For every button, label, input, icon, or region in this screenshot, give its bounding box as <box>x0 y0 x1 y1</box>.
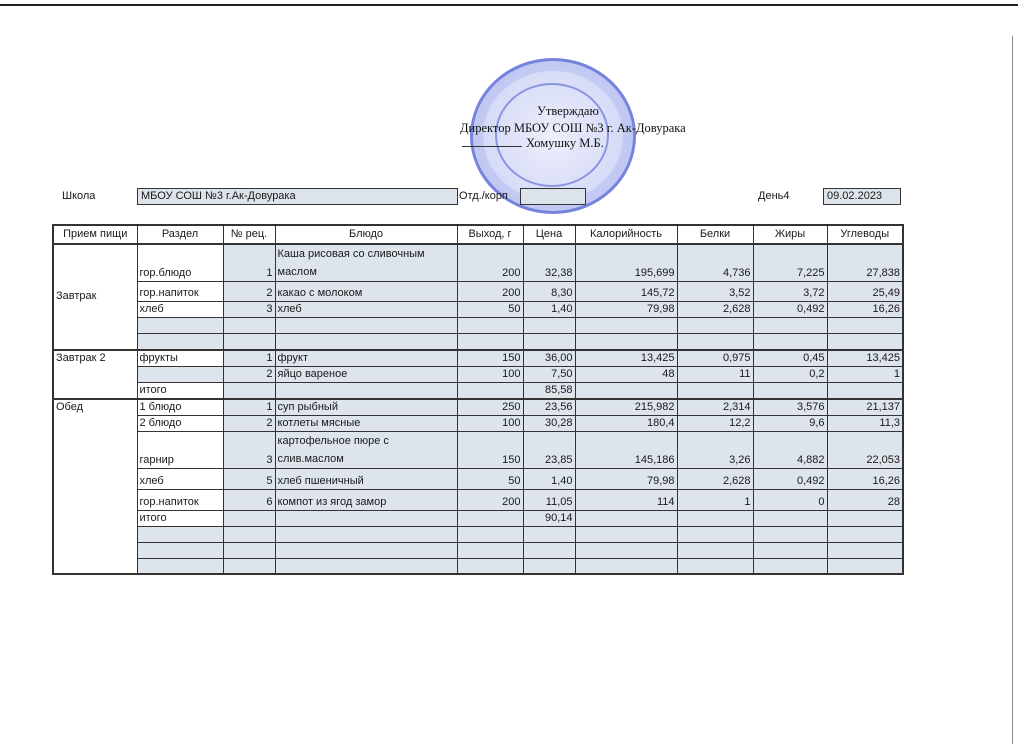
section-cell[interactable]: гор.напиток <box>137 489 223 510</box>
yield-cell[interactable] <box>457 318 523 334</box>
section-cell[interactable]: гор.напиток <box>137 282 223 302</box>
section-cell[interactable] <box>137 318 223 334</box>
protein-cell[interactable]: 3,26 <box>677 431 753 468</box>
fat-cell[interactable]: 0,492 <box>753 468 827 489</box>
recipe-cell[interactable] <box>223 318 275 334</box>
section-cell[interactable] <box>137 542 223 558</box>
dish-cell[interactable]: фрукт <box>275 350 457 367</box>
recipe-cell[interactable]: 2 <box>223 366 275 382</box>
section-cell[interactable]: 1 блюдо <box>137 399 223 416</box>
carbs-cell[interactable] <box>827 526 903 542</box>
dish-cell[interactable]: картофельное пюре с слив.маслом <box>275 431 457 468</box>
price-cell[interactable]: 7,50 <box>523 366 575 382</box>
recipe-cell[interactable]: 5 <box>223 468 275 489</box>
school-label: Школа <box>62 190 95 202</box>
protein-cell[interactable] <box>677 334 753 350</box>
price-cell[interactable]: 23,56 <box>523 399 575 416</box>
carbs-cell[interactable] <box>827 510 903 526</box>
yield-cell[interactable]: 200 <box>457 282 523 302</box>
approval-name: Хомушку М.Б. <box>526 136 604 150</box>
yield-cell[interactable] <box>457 382 523 399</box>
dish-cell[interactable]: суп рыбный <box>275 399 457 416</box>
dept-field[interactable] <box>520 188 586 205</box>
price-cell[interactable] <box>523 318 575 334</box>
kcal-cell[interactable]: 195,699 <box>575 244 677 282</box>
price-cell[interactable]: 1,40 <box>523 302 575 318</box>
signature-line <box>462 146 522 147</box>
recipe-cell[interactable]: 3 <box>223 431 275 468</box>
protein-cell[interactable]: 0,975 <box>677 350 753 367</box>
kcal-cell[interactable]: 145,186 <box>575 431 677 468</box>
recipe-cell[interactable]: 2 <box>223 415 275 431</box>
table-row: хлеб5хлеб пшеничный501,4079,982,6280,492… <box>53 468 903 489</box>
section-cell[interactable] <box>137 334 223 350</box>
protein-cell[interactable]: 2,628 <box>677 468 753 489</box>
dish-cell[interactable]: хлеб пшеничный <box>275 468 457 489</box>
recipe-cell[interactable] <box>223 558 275 574</box>
fat-cell[interactable] <box>753 318 827 334</box>
kcal-cell[interactable]: 79,98 <box>575 302 677 318</box>
fat-cell[interactable]: 0,2 <box>753 366 827 382</box>
recipe-cell[interactable] <box>223 510 275 526</box>
dish-cell[interactable]: какао с молоком <box>275 282 457 302</box>
dish-cell[interactable] <box>275 334 457 350</box>
price-cell[interactable] <box>523 558 575 574</box>
fat-cell[interactable]: 0,492 <box>753 302 827 318</box>
protein-cell[interactable] <box>677 318 753 334</box>
col-carbs-header: Углеводы <box>827 225 903 244</box>
table-row: итого90,14 <box>53 510 903 526</box>
price-cell[interactable]: 90,14 <box>523 510 575 526</box>
table-row: Обед1 блюдо1суп рыбный25023,56215,9822,3… <box>53 399 903 416</box>
yield-cell[interactable]: 50 <box>457 468 523 489</box>
price-cell[interactable]: 30,28 <box>523 415 575 431</box>
menu-table: Прием пищиРаздел№ рец.БлюдоВыход, гЦенаК… <box>52 224 904 575</box>
yield-cell[interactable]: 250 <box>457 399 523 416</box>
kcal-cell[interactable] <box>575 318 677 334</box>
protein-cell[interactable] <box>677 542 753 558</box>
price-cell[interactable]: 85,58 <box>523 382 575 399</box>
yield-cell[interactable]: 100 <box>457 415 523 431</box>
yield-cell[interactable] <box>457 526 523 542</box>
price-cell[interactable]: 23,85 <box>523 431 575 468</box>
price-cell[interactable] <box>523 334 575 350</box>
fat-cell[interactable] <box>753 382 827 399</box>
table-row: гор.напиток6компот из ягод замор20011,05… <box>53 489 903 510</box>
price-cell[interactable]: 1,40 <box>523 468 575 489</box>
kcal-cell[interactable] <box>575 510 677 526</box>
section-cell[interactable]: фрукты <box>137 350 223 367</box>
yield-cell[interactable]: 100 <box>457 366 523 382</box>
meal-name-cell: Обед <box>53 399 137 575</box>
price-cell[interactable]: 11,05 <box>523 489 575 510</box>
carbs-cell[interactable]: 22,053 <box>827 431 903 468</box>
col-meal-header: Прием пищи <box>53 225 137 244</box>
kcal-cell[interactable] <box>575 558 677 574</box>
fat-cell[interactable] <box>753 558 827 574</box>
approval-signature: Хомушку М.Б. <box>462 136 604 151</box>
carbs-cell[interactable] <box>827 382 903 399</box>
recipe-cell[interactable] <box>223 334 275 350</box>
carbs-cell[interactable] <box>827 558 903 574</box>
table-row: гор.напиток2какао с молоком2008,30145,72… <box>53 282 903 302</box>
carbs-cell[interactable]: 13,425 <box>827 350 903 367</box>
section-cell[interactable] <box>137 558 223 574</box>
dish-cell[interactable]: яйцо вареное <box>275 366 457 382</box>
col-recipe-header: № рец. <box>223 225 275 244</box>
dish-cell[interactable] <box>275 542 457 558</box>
kcal-cell[interactable]: 180,4 <box>575 415 677 431</box>
table-header-row: Прием пищиРаздел№ рец.БлюдоВыход, гЦенаК… <box>53 225 903 244</box>
dish-cell[interactable]: Каша рисовая со сливочным маслом <box>275 244 457 282</box>
carbs-cell[interactable] <box>827 542 903 558</box>
table-row <box>53 334 903 350</box>
protein-cell[interactable] <box>677 526 753 542</box>
table-row <box>53 318 903 334</box>
yield-cell[interactable] <box>457 510 523 526</box>
fat-cell[interactable]: 3,576 <box>753 399 827 416</box>
yield-cell[interactable]: 150 <box>457 350 523 367</box>
price-cell[interactable] <box>523 526 575 542</box>
kcal-cell[interactable] <box>575 334 677 350</box>
carbs-cell[interactable] <box>827 318 903 334</box>
carbs-cell[interactable]: 16,26 <box>827 468 903 489</box>
protein-cell[interactable] <box>677 558 753 574</box>
yield-cell[interactable]: 150 <box>457 431 523 468</box>
carbs-cell[interactable]: 28 <box>827 489 903 510</box>
yield-cell[interactable]: 50 <box>457 302 523 318</box>
recipe-cell[interactable]: 2 <box>223 282 275 302</box>
dish-cell[interactable] <box>275 558 457 574</box>
section-cell[interactable]: итого <box>137 382 223 399</box>
protein-cell[interactable]: 11 <box>677 366 753 382</box>
col-protein-header: Белки <box>677 225 753 244</box>
dish-cell[interactable] <box>275 510 457 526</box>
page-right-edge <box>1012 36 1013 744</box>
recipe-cell[interactable] <box>223 526 275 542</box>
recipe-cell[interactable]: 1 <box>223 244 275 282</box>
day-label: День4 <box>758 190 790 202</box>
fat-cell[interactable] <box>753 526 827 542</box>
approval-position: Директор МБОУ СОШ №3 г. Ак-Довурака <box>460 121 686 136</box>
carbs-cell[interactable] <box>827 334 903 350</box>
col-price-header: Цена <box>523 225 575 244</box>
section-cell[interactable]: хлеб <box>137 302 223 318</box>
dish-cell[interactable] <box>275 382 457 399</box>
table-row: итого85,58 <box>53 382 903 399</box>
table-row: 2 блюдо2котлеты мясные10030,28180,412,29… <box>53 415 903 431</box>
section-cell[interactable] <box>137 526 223 542</box>
protein-cell[interactable]: 12,2 <box>677 415 753 431</box>
yield-cell[interactable] <box>457 334 523 350</box>
kcal-cell[interactable]: 79,98 <box>575 468 677 489</box>
kcal-cell[interactable]: 215,982 <box>575 399 677 416</box>
col-kcal-header: Калорийность <box>575 225 677 244</box>
dish-cell[interactable] <box>275 318 457 334</box>
recipe-cell[interactable] <box>223 382 275 399</box>
kcal-cell[interactable]: 114 <box>575 489 677 510</box>
dish-cell[interactable]: компот из ягод замор <box>275 489 457 510</box>
fat-cell[interactable] <box>753 542 827 558</box>
carbs-cell[interactable]: 16,26 <box>827 302 903 318</box>
recipe-cell[interactable]: 1 <box>223 350 275 367</box>
table-row: Завтрак 2фрукты1фрукт15036,0013,4250,975… <box>53 350 903 367</box>
meal-name-cell: Завтрак 2 <box>53 350 137 399</box>
fat-cell[interactable]: 4,882 <box>753 431 827 468</box>
col-section-header: Раздел <box>137 225 223 244</box>
yield-cell[interactable] <box>457 558 523 574</box>
fat-cell[interactable]: 9,6 <box>753 415 827 431</box>
carbs-cell[interactable]: 21,137 <box>827 399 903 416</box>
approval-title: Утверждаю <box>537 104 599 119</box>
col-dish-header: Блюдо <box>275 225 457 244</box>
fat-cell[interactable]: 0 <box>753 489 827 510</box>
carbs-cell[interactable]: 1 <box>827 366 903 382</box>
protein-cell[interactable]: 4,736 <box>677 244 753 282</box>
protein-cell[interactable]: 1 <box>677 489 753 510</box>
yield-cell[interactable] <box>457 542 523 558</box>
date-field[interactable]: 09.02.2023 <box>823 188 901 205</box>
table-row: гарнир3картофельное пюре с слив.маслом15… <box>53 431 903 468</box>
protein-cell[interactable] <box>677 382 753 399</box>
protein-cell[interactable] <box>677 510 753 526</box>
price-cell[interactable]: 36,00 <box>523 350 575 367</box>
price-cell[interactable]: 8,30 <box>523 282 575 302</box>
price-cell[interactable]: 32,38 <box>523 244 575 282</box>
section-cell[interactable] <box>137 366 223 382</box>
fat-cell[interactable] <box>753 510 827 526</box>
protein-cell[interactable]: 2,628 <box>677 302 753 318</box>
table-row <box>53 558 903 574</box>
page-top-edge <box>0 4 1018 6</box>
yield-cell[interactable]: 200 <box>457 244 523 282</box>
dish-cell[interactable] <box>275 526 457 542</box>
yield-cell[interactable]: 200 <box>457 489 523 510</box>
kcal-cell[interactable] <box>575 382 677 399</box>
recipe-cell[interactable] <box>223 542 275 558</box>
section-cell[interactable]: итого <box>137 510 223 526</box>
fat-cell[interactable] <box>753 334 827 350</box>
table-row: хлеб3хлеб501,4079,982,6280,49216,26 <box>53 302 903 318</box>
recipe-cell[interactable]: 3 <box>223 302 275 318</box>
section-cell[interactable]: хлеб <box>137 468 223 489</box>
kcal-cell[interactable] <box>575 526 677 542</box>
protein-cell[interactable]: 3,52 <box>677 282 753 302</box>
kcal-cell[interactable]: 13,425 <box>575 350 677 367</box>
table-row <box>53 542 903 558</box>
table-row: 2яйцо вареное1007,5048110,21 <box>53 366 903 382</box>
fat-cell[interactable]: 3,72 <box>753 282 827 302</box>
carbs-cell[interactable]: 11,3 <box>827 415 903 431</box>
fat-cell[interactable]: 0,45 <box>753 350 827 367</box>
meal-name-cell: Завтрак <box>53 244 137 350</box>
school-field[interactable]: МБОУ СОШ №3 г.Ак-Довурака <box>137 188 458 205</box>
dish-cell[interactable]: хлеб <box>275 302 457 318</box>
carbs-cell[interactable]: 27,838 <box>827 244 903 282</box>
col-yield-header: Выход, г <box>457 225 523 244</box>
section-cell[interactable]: гор.блюдо <box>137 244 223 282</box>
section-cell[interactable]: гарнир <box>137 431 223 468</box>
dept-label: Отд./корп <box>459 190 508 202</box>
kcal-cell[interactable]: 48 <box>575 366 677 382</box>
table-row <box>53 526 903 542</box>
protein-cell[interactable]: 2,314 <box>677 399 753 416</box>
kcal-cell[interactable] <box>575 542 677 558</box>
table-row: Завтракгор.блюдо1Каша рисовая со сливочн… <box>53 244 903 282</box>
col-fat-header: Жиры <box>753 225 827 244</box>
recipe-cell[interactable]: 6 <box>223 489 275 510</box>
kcal-cell[interactable]: 145,72 <box>575 282 677 302</box>
carbs-cell[interactable]: 25,49 <box>827 282 903 302</box>
dish-cell[interactable]: котлеты мясные <box>275 415 457 431</box>
section-cell[interactable]: 2 блюдо <box>137 415 223 431</box>
recipe-cell[interactable]: 1 <box>223 399 275 416</box>
fat-cell[interactable]: 7,225 <box>753 244 827 282</box>
price-cell[interactable] <box>523 542 575 558</box>
